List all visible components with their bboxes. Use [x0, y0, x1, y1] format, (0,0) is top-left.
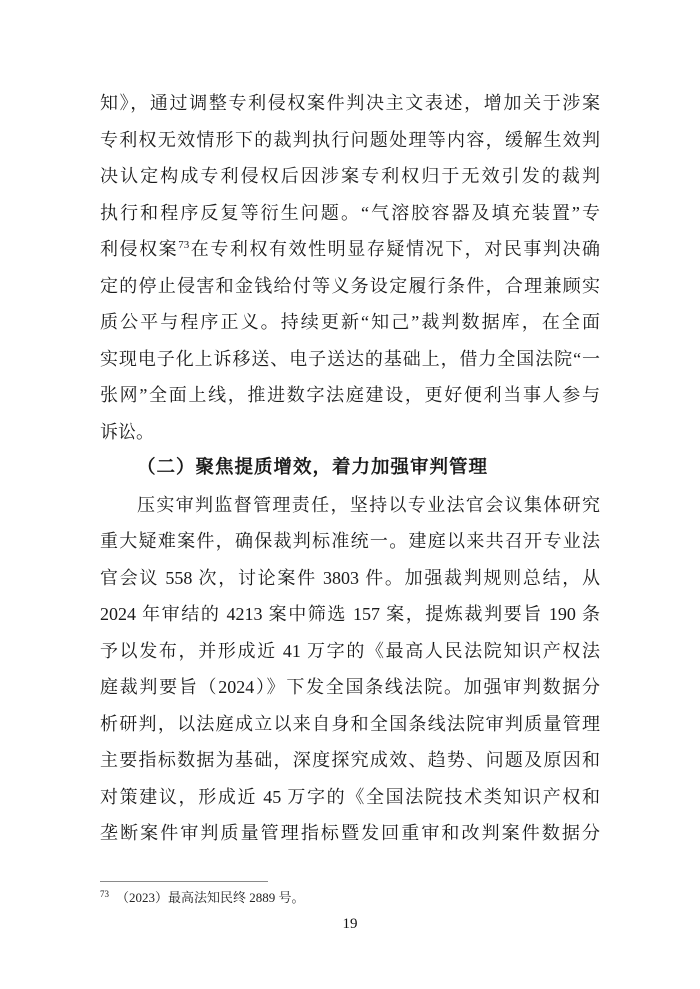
page-number: 19: [0, 916, 700, 933]
footnote-marker: 73: [100, 889, 109, 899]
text-line: 利侵权案73在专利权有效性明显存疑情况下，对民事判决确: [100, 231, 600, 268]
text-line: 诉讼。: [100, 414, 600, 451]
text-line: 定的停止侵害和金钱给付等义务设定履行条件，合理兼顾实: [100, 268, 600, 305]
text-line: 质公平与程序正义。持续更新“知己”裁判数据库，在全面: [100, 304, 600, 341]
text-line: 主要指标数据为基础，深度探究成效、趋势、问题及原因和: [100, 742, 600, 779]
footnote: 73（2023）最高法知民终 2889 号。: [100, 888, 600, 907]
text-line: 庭裁判要旨（2024）》下发全国条线法院。加强审判数据分: [100, 669, 600, 706]
text-line: 专利权无效情形下的裁判执行问题处理等内容，缓解生效判: [100, 122, 600, 159]
document-page: 知》，通过调整专利侵权案件判决主文表述，增加关于涉案专利权无效情形下的裁判执行问…: [0, 0, 700, 989]
footnote-text: （2023）最高法知民终 2889 号。: [116, 890, 305, 905]
text-line: 决认定构成专利侵权后因涉案专利权归于无效引发的裁判: [100, 158, 600, 195]
paragraph-2: 压实审判监督管理责任，坚持以专业法官会议集体研究重大疑难案件，确保裁判标准统一。…: [100, 487, 600, 852]
footnote-reference: 73: [178, 239, 189, 251]
text-line: 执行和程序反复等衍生问题。“气溶胶容器及填充装置”专: [100, 195, 600, 232]
text-line: 知》，通过调整专利侵权案件判决主文表述，增加关于涉案: [100, 85, 600, 122]
text-line: 官会议 558 次，讨论案件 3803 件。加强裁判规则总结，从: [100, 560, 600, 597]
text-line: 析研判，以法庭成立以来自身和全国条线法院审判质量管理: [100, 706, 600, 743]
text-line: 重大疑难案件，确保裁判标准统一。建庭以来共召开专业法: [100, 523, 600, 560]
text-line: 2024 年审结的 4213 案中筛选 157 案，提炼裁判要旨 190 条: [100, 596, 600, 633]
section-heading: （二）聚焦提质增效，着力加强审判管理: [100, 450, 600, 487]
paragraph-1: 知》，通过调整专利侵权案件判决主文表述，增加关于涉案专利权无效情形下的裁判执行问…: [100, 85, 600, 450]
text-line: 张网”全面上线，推进数字法庭建设，更好便利当事人参与: [100, 377, 600, 414]
text-line: 对策建议，形成近 45 万字的《全国法院技术类知识产权和: [100, 779, 600, 816]
body-text: 知》，通过调整专利侵权案件判决主文表述，增加关于涉案专利权无效情形下的裁判执行问…: [100, 85, 600, 852]
text-line: 予以发布，并形成近 41 万字的《最高人民法院知识产权法: [100, 633, 600, 670]
text-line: 实现电子化上诉移送、电子送达的基础上，借力全国法院“一: [100, 341, 600, 378]
footnote-divider: [100, 881, 268, 882]
text-line: 垄断案件审判质量管理指标暨发回重审和改判案件数据分: [100, 815, 600, 852]
text-line: 压实审判监督管理责任，坚持以专业法官会议集体研究: [100, 487, 600, 524]
